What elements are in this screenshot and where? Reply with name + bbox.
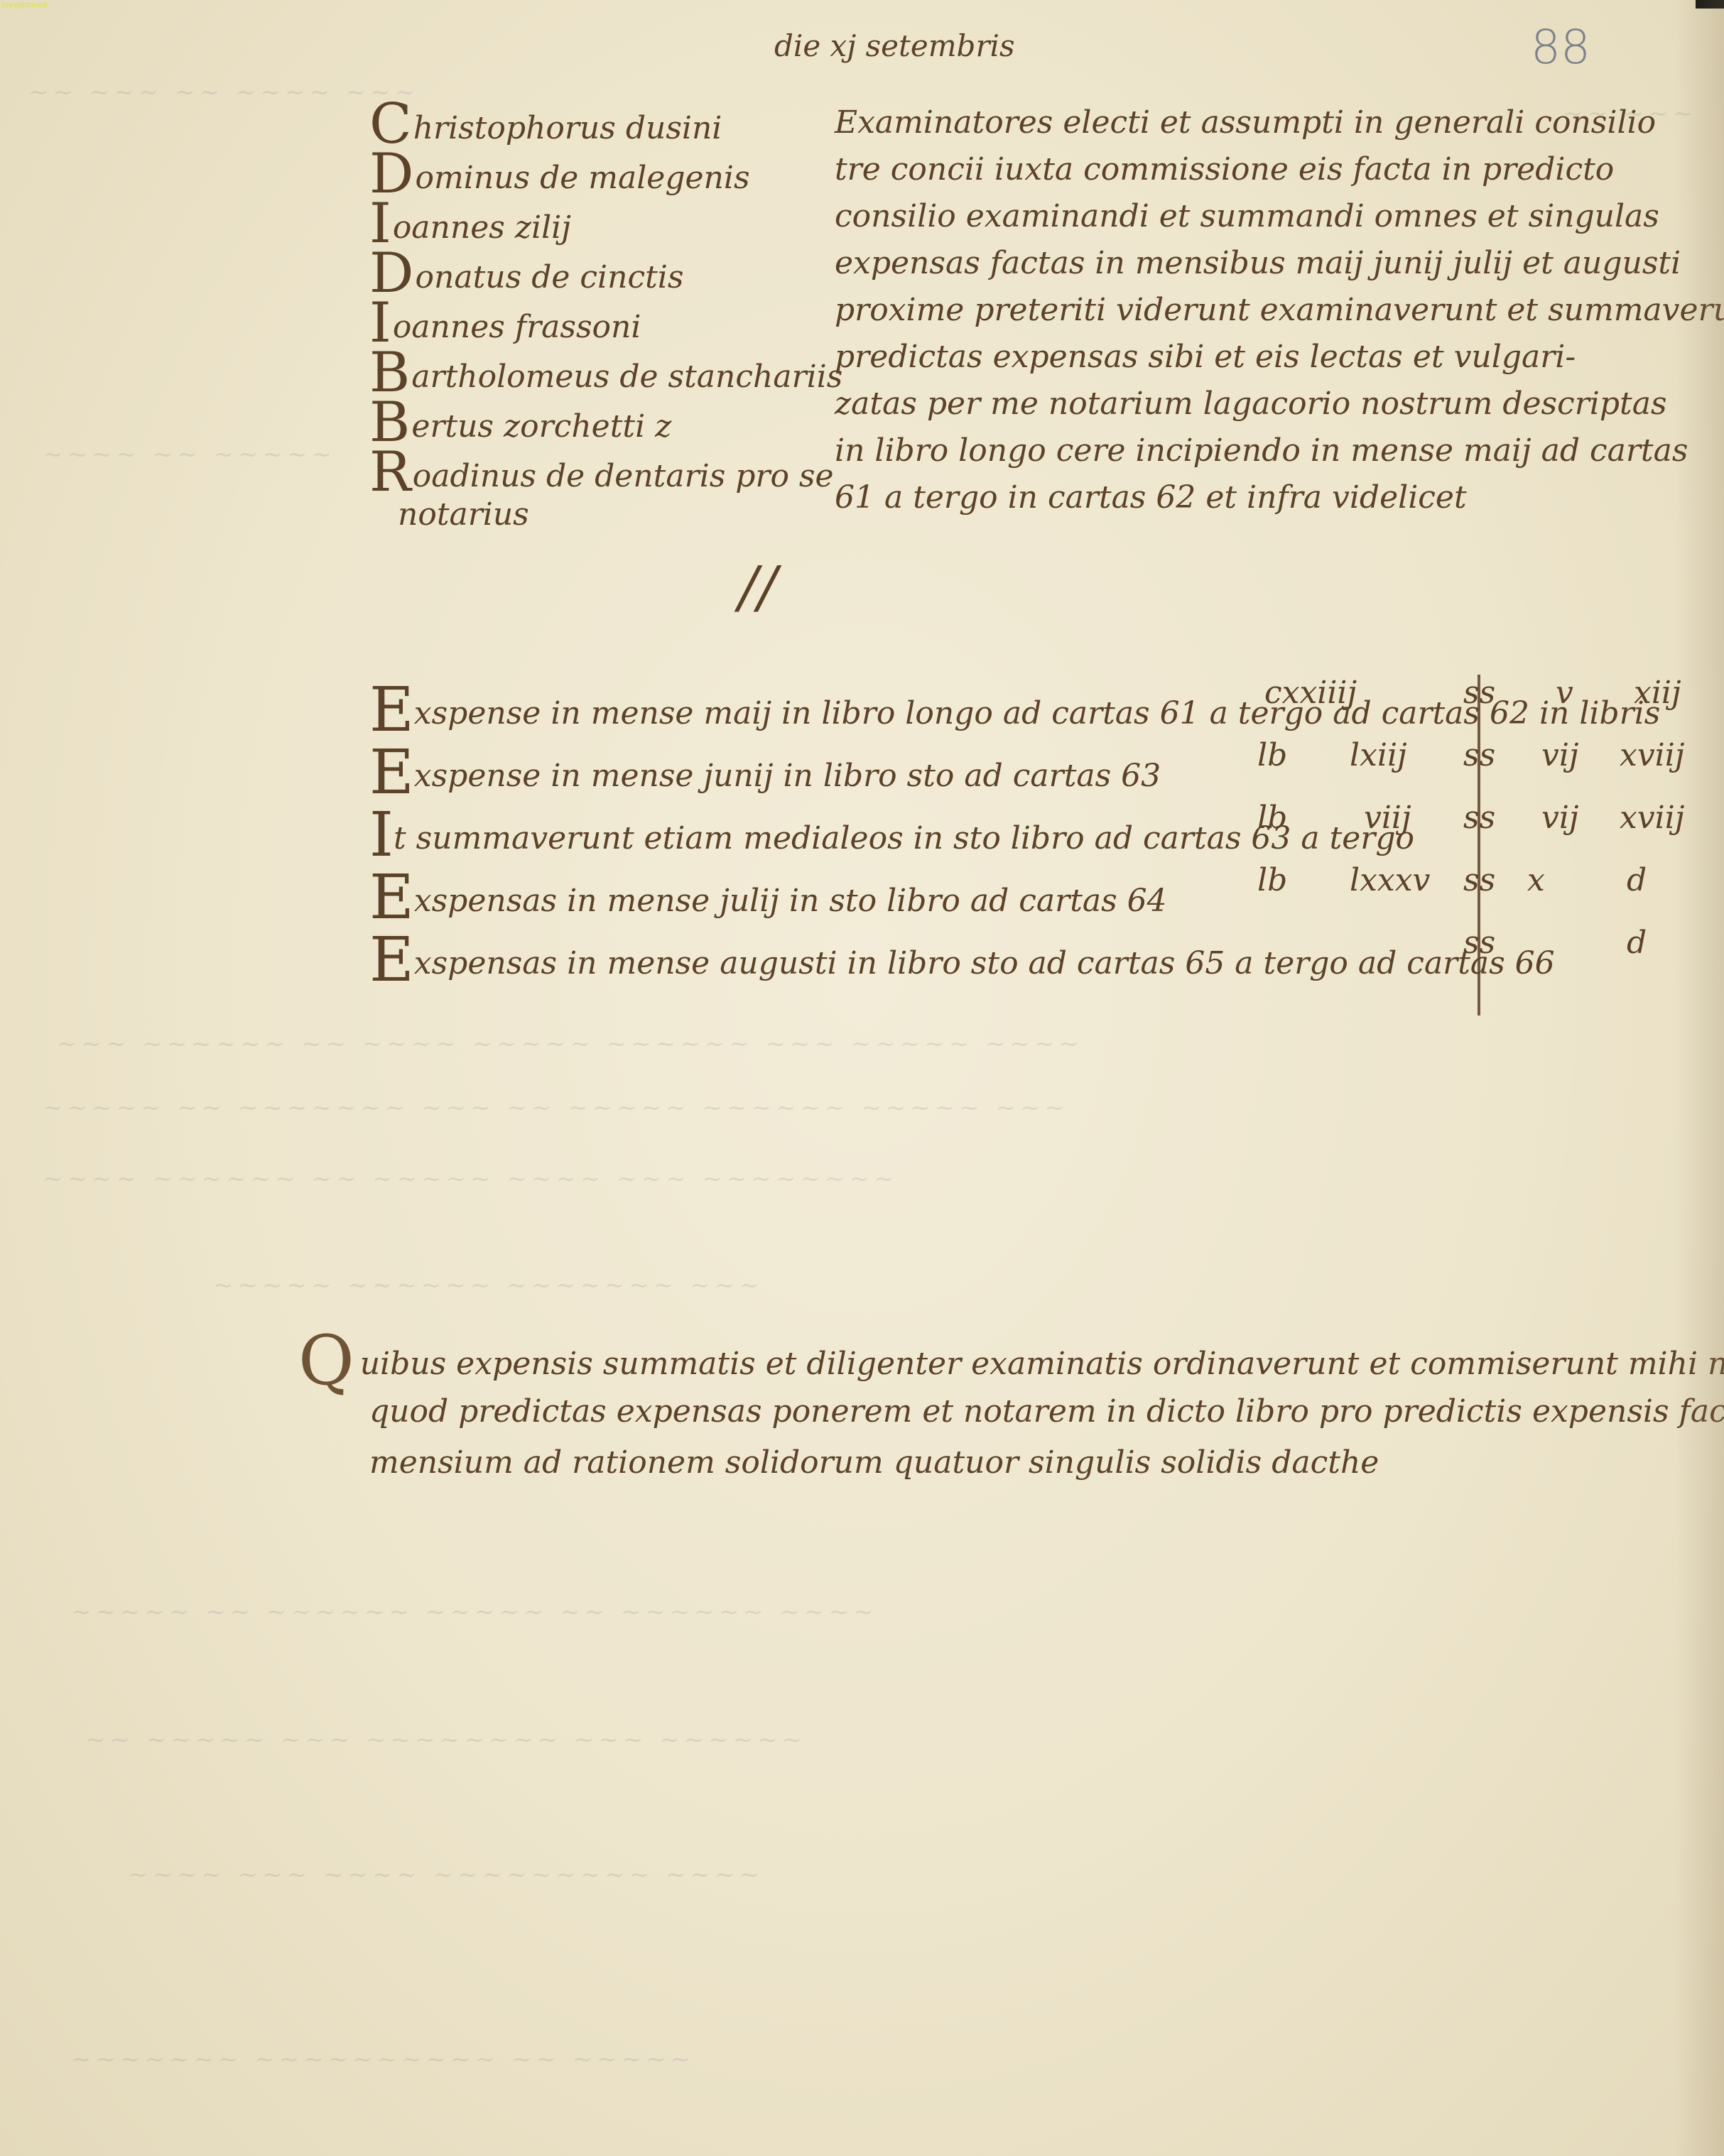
expense-description: Exspensas in mense julij in sto libro ad… (369, 862, 1167, 933)
expense-lire: cxxiiij (1264, 675, 1357, 711)
expense-prefix: lb (1257, 862, 1287, 898)
expense-description: Exspensas in mense augusti in libro sto … (369, 925, 1555, 996)
text-line: mensium ad rationem solidorum quatuor si… (298, 1437, 1724, 1488)
expense-lire: viij (1364, 800, 1411, 836)
names-list: Christophorus dusini Dominus de malegeni… (369, 99, 842, 533)
bleed-through-text: ~~~~~~~ ~~~~~~~~~~ ~~ ~~~~~ (71, 2045, 695, 2074)
name-entry: notarius (369, 497, 842, 533)
expense-soldi: vij (1541, 737, 1579, 773)
scan-edge (1696, 0, 1724, 9)
expense-denari: d (1627, 925, 1647, 961)
text-line: expensas factas in mensibus maij junij j… (835, 240, 1724, 287)
text-line: Quibus expensis summatis et diligenter e… (298, 1335, 1724, 1386)
text-line: tre concii iuxta commissione eis facta i… (835, 146, 1724, 193)
name-entry: Donatus de cinctis (369, 249, 842, 298)
text-line: quod predictas expensas ponerem et notar… (298, 1386, 1724, 1437)
text-line: consilio examinandi et summandi omnes et… (835, 193, 1724, 240)
bleed-through-text: ~~~ ~~~~~~ ~~ ~~~~ ~~~~~ ~~~~~~ ~~~ ~~~~… (57, 1030, 1083, 1058)
bleed-through-text: ~~~~ ~~~ ~~~~ ~~~~~~~~~ ~~~~ (128, 1861, 764, 1889)
bleed-through-text: ~~~~~ ~~ ~~~~~~~ ~~~ ~~ ~~~~~ ~~~~~~ ~~~… (43, 1094, 1069, 1122)
text-line: zatas per me notarium lagacorio nostrum … (835, 381, 1724, 428)
text-line: predictas expensas sibi et eis lectas et… (835, 334, 1724, 381)
text-line: Examinatores electi et assumpti in gener… (835, 99, 1724, 146)
name-entry: Roadinus de dentaris pro se (369, 447, 842, 497)
manuscript-page: Unregistered ~~ ~~~ ~~ ~~~~ ~~~ ~~ ~~~ ~… (0, 0, 1724, 2156)
expense-prefix: lb (1257, 800, 1287, 836)
expense-soldi: v (1556, 675, 1573, 711)
expense-denari: d (1627, 862, 1647, 898)
expense-denari: xviij (1620, 800, 1684, 836)
bleed-through-text: ~~ ~~~~~ ~~~ ~~~~~~~~ ~~~ ~~~~~~ (85, 1726, 806, 1754)
bleed-through-text: ~~~~ ~~ ~~~~~ (43, 440, 336, 469)
watermark-label: Unregistered (1, 1, 48, 9)
main-paragraph: Examinatores electi et assumpti in gener… (835, 99, 1724, 521)
expense-lire: lxxxv (1350, 862, 1430, 898)
expense-description: Exspense in mense junij in libro sto ad … (369, 737, 1161, 808)
expense-soldi: vij (1541, 800, 1579, 836)
bracket-mark: // (739, 554, 777, 620)
expense-lire: lxiij (1350, 737, 1407, 773)
bleed-through-text: ~~~~~ ~~~~~~ ~~~~~~~ ~~~ (213, 1271, 764, 1300)
name-entry: Ioannes frassoni (369, 298, 842, 348)
bleed-through-text: ~~~~ ~~~~~~ ~~ ~~~~~ ~~~~ ~~~ ~~~~~~~~ (43, 1165, 898, 1193)
expense-soldi: x (1527, 862, 1545, 898)
name-entry: Ioannes zilij (369, 199, 842, 249)
text-line: in libro longo cere incipiendo in mense … (835, 428, 1724, 474)
name-entry: Bartholomeus de stanchariis (369, 348, 842, 398)
name-entry: Dominus de malegenis (369, 149, 842, 199)
conclusion-paragraph: Quibus expensis summatis et diligenter e… (298, 1335, 1724, 1488)
expense-prefix: lb (1257, 737, 1287, 773)
bleed-through-text: ~~ ~~~ ~~ ~~~~ ~~~ (28, 78, 419, 107)
header-date: die xj setembris (774, 28, 1015, 63)
name-entry: Christophorus dusini (369, 99, 842, 149)
expense-denari: xviij (1620, 737, 1684, 773)
text-line: proxime preteriti viderunt examinaverunt… (835, 287, 1724, 334)
ledger-column-rule (1478, 675, 1480, 1016)
folio-number: 88 (1531, 20, 1590, 75)
bleed-through-text: ~~~~~ ~~ ~~~~~~ ~~~~~ ~~ ~~~~~~ ~~~~ (71, 1598, 878, 1626)
expense-denari: xiij (1634, 675, 1681, 711)
name-entry: Bertus zorchetti z (369, 398, 842, 447)
text-line: 61 a tergo in cartas 62 et infra videlic… (835, 474, 1724, 521)
